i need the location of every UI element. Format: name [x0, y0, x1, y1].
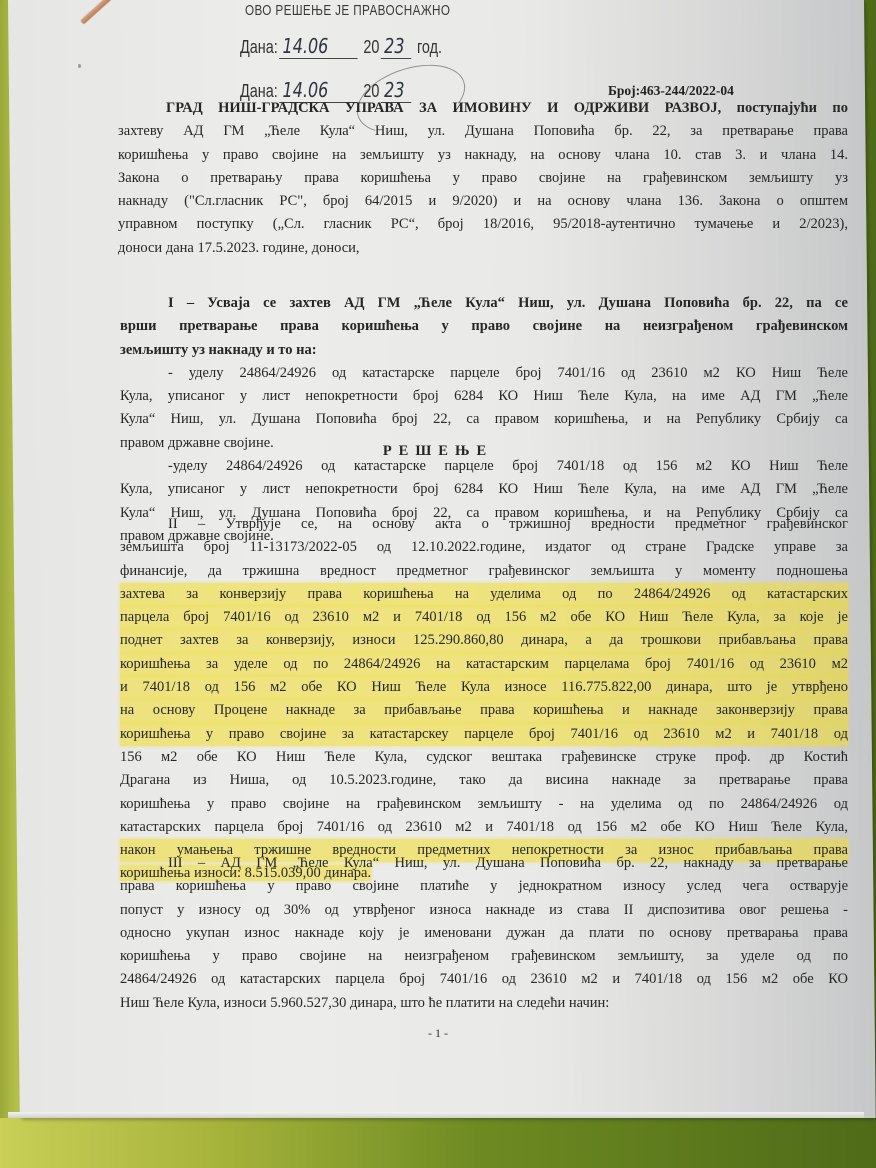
highlighted-line: на основу Процене накнаде за прибављање … [120, 699, 848, 722]
section-2-line: 156 м2 обе КО Ниш Ћеле Кула, судског веш… [120, 746, 848, 769]
green-surface [0, 1118, 876, 1168]
item-2-line: -уделу 24864/24926 од катастарске парцел… [120, 455, 848, 478]
intro-line: Закона о претварању права коришћења у пр… [118, 167, 848, 190]
section-2-line: земљишта број 11-13173/2022-05 од 12.10.… [120, 536, 848, 559]
handwritten-day-month: 14.06 [279, 34, 357, 59]
section-3-line: коришћења у право својине на неизграђено… [120, 945, 848, 968]
item-1-line: Кула, уписаног у лист непокретности број… [120, 385, 848, 408]
section-1-line: врши претварање права коришћења у право … [120, 315, 848, 338]
year-suffix-label: год. [417, 37, 442, 57]
section-3-line: Ниш Ћеле Кула, износи 5.960.527,30 динар… [120, 992, 848, 1015]
section-3-line: права коришћења у право својине платиће … [120, 875, 848, 898]
certification-stamp-text: ОВО РЕШЕЊЕ ЈЕ ПРАВОСНАЖНО [245, 2, 450, 19]
intro-line: доноси дана 17.5.2023. године, доноси, [118, 237, 848, 260]
section-2: II – Утврђује се, на основу акта о тржиш… [120, 513, 848, 886]
date-label: Дана: [240, 37, 278, 57]
page-number: - 1 - [0, 1026, 876, 1041]
intro-paragraph: ГРАД НИШ-ГРАДСКА УПРАВА ЗА ИМОВИНУ И ОДР… [118, 97, 848, 260]
highlighted-line: захтева за конверзију права коришћења на… [120, 583, 848, 606]
pencil-dot [78, 64, 81, 68]
intro-line: накнаду ("Сл.гласник РС", број 64/2015 и… [118, 190, 848, 213]
intro-line: ГРАД НИШ-ГРАДСКА УПРАВА ЗА ИМОВИНУ И ОДР… [118, 97, 848, 120]
item-1-line: правом државне својине. [120, 432, 848, 455]
handwritten-year: 23 [381, 34, 411, 59]
section-3-line: III – АД ГМ „Ћеле Кула“ Ниш, ул. Душана … [120, 852, 848, 875]
highlighted-line: поднет захтев за конверзију, износи 125.… [120, 629, 848, 652]
section-2-line: катастарских парцела број 7401/16 од 236… [120, 816, 848, 839]
section-1: I – Усваја се захтев АД ГМ „Ћеле Кула“ Н… [120, 292, 848, 548]
section-2-line: финансије, да тржишна вредност предметно… [120, 560, 848, 583]
intro-line: управном поступку („Сл. гласник РС“, бро… [118, 213, 848, 236]
section-3-line: 24864/24926 од катастарских парцела број… [120, 968, 848, 991]
item-1-line: Кула“ Ниш, ул. Душана Поповића број 22, … [120, 408, 848, 431]
section-1-line: земљишту уз накнаду и то на: [120, 339, 848, 362]
finality-date-line: Дана:14.06 2023 год. [240, 34, 442, 59]
intro-line: захтеву АД ГМ „Ћеле Кула“ Ниш, ул. Душан… [118, 120, 848, 143]
section-3-line: попуст у износу од 30% од утврђеног изно… [120, 899, 848, 922]
section-1-line: I – Усваја се захтев АД ГМ „Ћеле Кула“ Н… [120, 292, 848, 315]
section-2-line: Драгана из Ниша, од 10.5.2023.године, та… [120, 769, 848, 792]
highlighted-line: и 7401/18 од 156 м2 обе КО Ниш Ћеле Кула… [120, 676, 848, 699]
section-3: III – АД ГМ „Ћеле Кула“ Ниш, ул. Душана … [120, 852, 848, 1015]
highlighted-line: парцела број 7401/16 од 23610 м2 и 7401/… [120, 606, 848, 629]
highlighted-line: коришћења за уделе од по 24864/24926 на … [120, 653, 848, 676]
section-2-line: II – Утврђује се, на основу акта о тржиш… [120, 513, 848, 536]
item-1-line: - уделу 24864/24926 од катастарске парце… [120, 362, 848, 385]
highlighted-line: коришћења у право својине за катастарске… [120, 723, 848, 746]
section-2-line: коришћења у право својине на грађевинско… [120, 793, 848, 816]
item-2-line: Кула, уписаног у лист непокретности број… [120, 478, 848, 501]
paper-stack-edge [8, 1112, 864, 1118]
section-3-line: односно укупан износ накнаде коју је име… [120, 922, 848, 945]
year-prefix: 20 [363, 37, 379, 57]
intro-line: коришћења у право својине на земљишту уз… [118, 144, 848, 167]
